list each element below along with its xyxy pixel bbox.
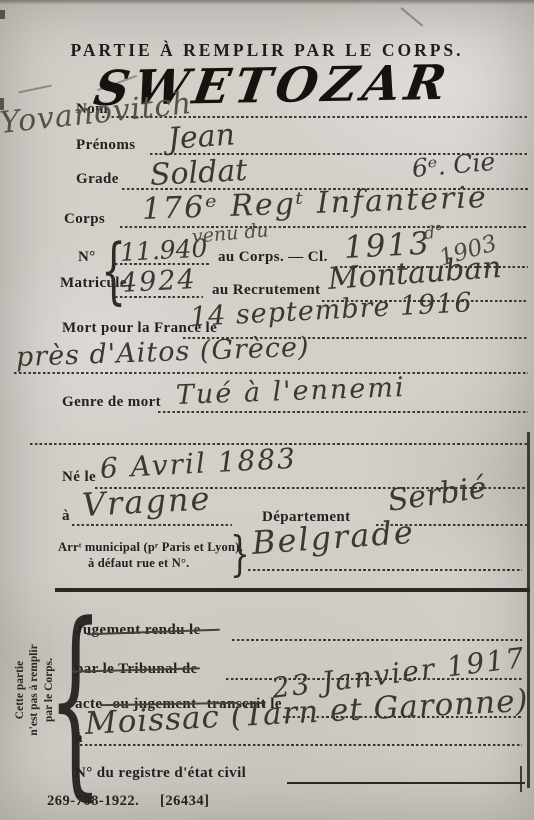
transcription-line xyxy=(80,744,522,746)
pencil-mark xyxy=(401,7,423,26)
ne-date: 6 Avril 1883 xyxy=(99,442,298,485)
arr-line xyxy=(248,569,522,571)
classe-superscript: d° xyxy=(423,222,444,244)
grade-unit: 6ᵉ. Cie xyxy=(411,147,497,183)
scan-edge-right xyxy=(527,432,530,788)
birthplace-line xyxy=(72,524,232,526)
corps-label: Corps xyxy=(64,211,105,228)
scan-edge-mark xyxy=(520,766,522,792)
corps-line xyxy=(120,226,528,228)
jugement-line xyxy=(232,639,522,641)
grade-value: Soldat xyxy=(149,153,248,193)
arr-brace: } xyxy=(230,530,250,578)
side-note-line: n'est pas à remplir xyxy=(27,609,41,771)
prenoms-value: Jean xyxy=(167,117,236,157)
mort-lieu-line xyxy=(14,372,528,374)
record-card: PARTIE À REMPLIR PAR LE CORPS. SWETOZAR … xyxy=(0,0,534,820)
pencil-mark xyxy=(18,84,52,93)
birthplace-value: Vragne xyxy=(81,479,212,524)
scan-edge-top xyxy=(0,0,534,5)
side-note-line: Cette partie xyxy=(13,609,27,771)
departement-value: Serbié xyxy=(386,470,489,518)
mort-lieu: près d'Aitos (Grèce) xyxy=(15,332,310,373)
au-corps-label: au Corps. — Cl. xyxy=(218,249,328,266)
ne-label: Né le xyxy=(62,469,96,486)
registre-label: N° du registre d'état civil xyxy=(75,765,246,782)
genre-value: Tué à l'ennemi xyxy=(175,372,406,411)
matricule-recrutement-number: 4924 xyxy=(119,264,197,299)
birthplace-label: à xyxy=(62,508,70,525)
matricule-label-1: N° xyxy=(78,249,96,266)
section-rule xyxy=(55,588,530,592)
prenoms-label: Prénoms xyxy=(76,137,135,154)
genre-line xyxy=(158,411,528,413)
genre-label: Genre de mort xyxy=(62,394,161,411)
scan-speck xyxy=(0,10,5,19)
grade-label: Grade xyxy=(76,171,119,188)
matricule-line-2a xyxy=(115,296,203,298)
imprint-reference: 269-708-1922. xyxy=(47,793,139,810)
arr-label-1: Arrᵗ municipal (pʳ Paris et Lyon), xyxy=(58,540,243,555)
batch-number: [26434] xyxy=(160,793,209,810)
arr-label-2: à défaut rue et N°. xyxy=(88,556,190,571)
registre-line xyxy=(287,782,525,784)
